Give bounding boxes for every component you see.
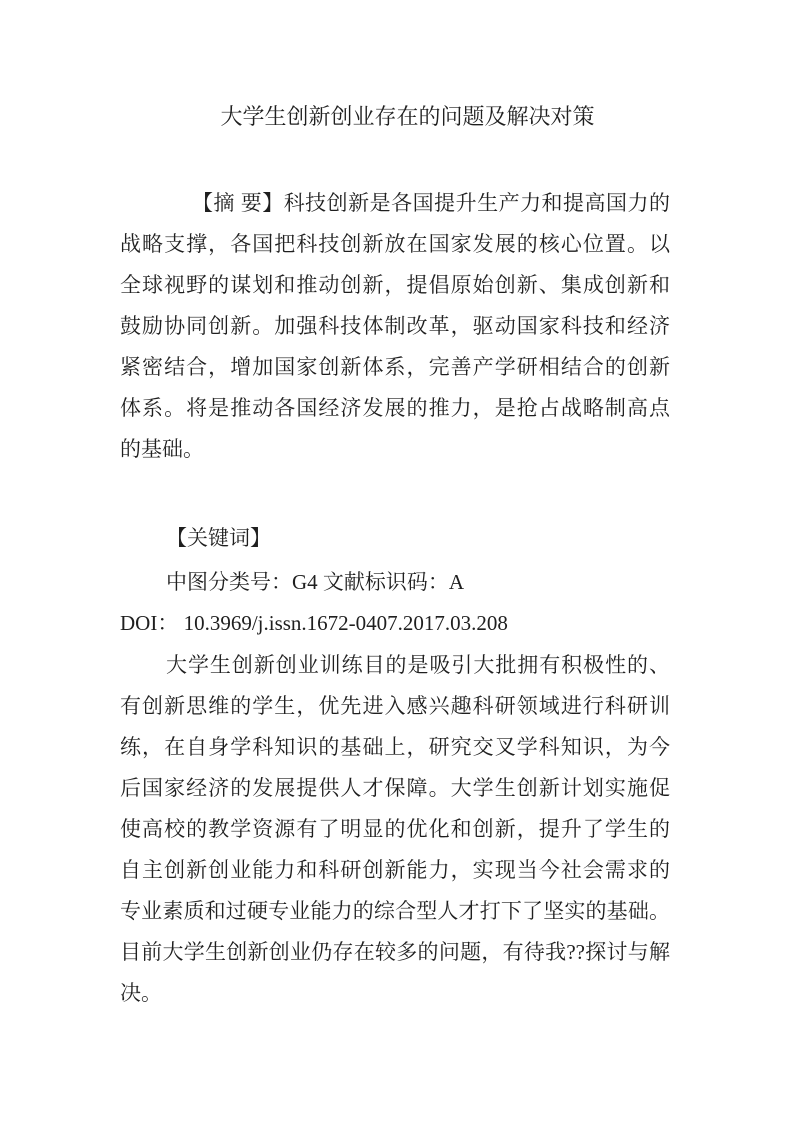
body-line: 有创新思维的学生，优先进入感兴趣科研领域进行科研训 bbox=[120, 686, 670, 727]
classification-line: 中图分类号：G4 文献标识码：A bbox=[120, 562, 670, 603]
body-line: 决。 bbox=[120, 973, 670, 1014]
abstract-line: 鼓励协同创新。加强科技体制改革，驱动国家科技和经济 bbox=[120, 306, 670, 347]
body-line: 专业素质和过硬专业能力的综合型人才打下了坚实的基础。 bbox=[120, 891, 670, 932]
body-line: 后国家经济的发展提供人才保障。大学生创新计划实施促 bbox=[120, 768, 670, 809]
body-line: 目前大学生创新创业仍存在较多的问题，有待我??探讨与解 bbox=[120, 932, 670, 973]
keywords-label: 【关键词】 bbox=[120, 518, 670, 559]
abstract-line: 战略支撑，各国把科技创新放在国家发展的核心位置。以 bbox=[120, 224, 670, 265]
document-title: 大学生创新创业存在的问题及解决对策 bbox=[120, 96, 670, 137]
abstract-line: 【摘 要】科技创新是各国提升生产力和提高国力的 bbox=[120, 183, 670, 224]
document-content: 大学生创新创业存在的问题及解决对策 【摘 要】科技创新是各国提升生产力和提高国力… bbox=[0, 0, 800, 1014]
abstract-line: 的基础。 bbox=[120, 429, 670, 470]
body-paragraph: 大学生创新创业训练目的是吸引大批拥有积极性的、 有创新思维的学生，优先进入感兴趣… bbox=[120, 645, 670, 1014]
document-page: 大学生创新创业存在的问题及解决对策 【摘 要】科技创新是各国提升生产力和提高国力… bbox=[0, 0, 800, 1132]
doi-line: DOI： 10.3969/j.issn.1672-0407.2017.03.20… bbox=[120, 603, 670, 644]
body-line: 使高校的教学资源有了明显的优化和创新，提升了学生的 bbox=[120, 809, 670, 850]
body-line: 练，在自身学科知识的基础上，研究交叉学科知识，为今 bbox=[120, 727, 670, 768]
body-line: 大学生创新创业训练目的是吸引大批拥有积极性的、 bbox=[120, 645, 670, 686]
abstract-line: 全球视野的谋划和推动创新，提倡原始创新、集成创新和 bbox=[120, 265, 670, 306]
abstract-line: 体系。将是推动各国经济发展的推力，是抢占战略制高点 bbox=[120, 388, 670, 429]
abstract-line: 紧密结合，增加国家创新体系，完善产学研相结合的创新 bbox=[120, 347, 670, 388]
body-line: 自主创新创业能力和科研创新能力，实现当今社会需求的 bbox=[120, 850, 670, 891]
abstract-paragraph: 【摘 要】科技创新是各国提升生产力和提高国力的 战略支撑，各国把科技创新放在国家… bbox=[120, 183, 670, 470]
